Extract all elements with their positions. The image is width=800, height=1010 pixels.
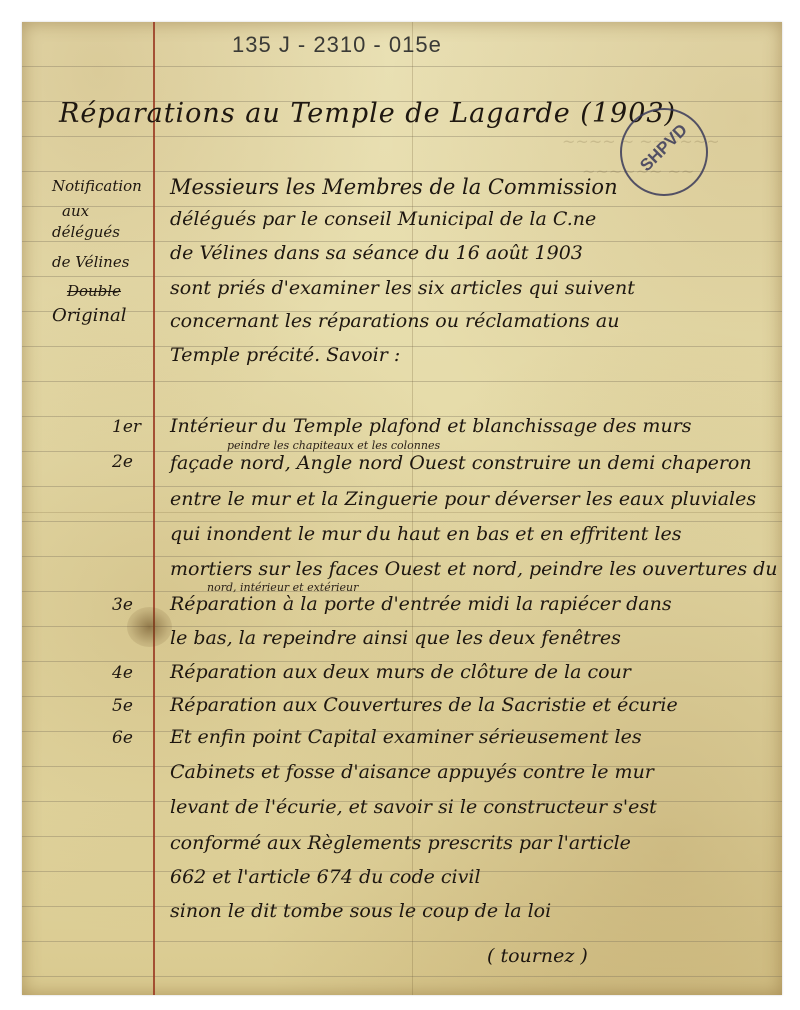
intro-line: Messieurs les Membres de la Commission (170, 177, 618, 198)
article-line: Réparation aux deux murs de clôture de l… (170, 663, 631, 682)
margin-note-struck: Double (67, 284, 121, 299)
article-line: entre le mur et la Zinguerie pour dévers… (170, 490, 756, 509)
article-line: sinon le dit tombe sous le coup de la lo… (170, 902, 551, 921)
article-line: levant de l'écurie, et savoir si le cons… (170, 798, 657, 817)
article-number: 1er (112, 419, 141, 436)
document-title: Réparations au Temple de Lagarde (1903) (59, 100, 676, 127)
interlinear-note: nord, intérieur et extérieur (207, 582, 358, 593)
article-line: façade nord, Angle nord Ouest construire… (170, 454, 752, 473)
intro-line: Temple précité. Savoir : (170, 346, 400, 365)
intro-line: délégués par le conseil Municipal de la … (170, 210, 596, 229)
margin-note: Notification (52, 179, 142, 194)
archive-reference: 135 J - 2310 - 015e (232, 32, 442, 58)
article-number: 2e (112, 454, 133, 471)
intro-line: sont priés d'examiner les six articles q… (170, 279, 635, 298)
article-line: le bas, la repeindre ainsi que les deux … (170, 629, 621, 648)
article-line: Réparation aux Couvertures de la Sacrist… (170, 696, 678, 715)
interlinear-note: peindre les chapiteaux et les colonnes (227, 440, 440, 451)
article-number: 5e (112, 698, 133, 715)
margin-note: Original (52, 307, 126, 325)
article-line: 662 et l'article 674 du code civil (170, 868, 481, 887)
ink-stain (127, 607, 172, 647)
article-line: qui inondent le mur du haut en bas et en… (170, 525, 681, 544)
article-line: Réparation à la porte d'entrée midi la r… (170, 595, 672, 614)
margin-note: aux (62, 204, 89, 219)
margin-note: délégués (52, 225, 120, 240)
article-number: 3e (112, 597, 133, 614)
turn-over-note: ( tournez ) (487, 947, 588, 966)
margin-note: de Vélines (52, 255, 129, 270)
intro-line: concernant les réparations ou réclamatio… (170, 312, 619, 331)
article-line: Cabinets et fosse d'aisance appuyés cont… (170, 763, 654, 782)
article-number: 6e (112, 730, 133, 747)
document-page: ~~~~ ~ ~~~~~~ ~~~~~~ ~~ 135 J - 2310 - 0… (22, 22, 782, 995)
horizontal-fold (22, 512, 782, 513)
article-number: 4e (112, 665, 133, 682)
article-line: mortiers sur les faces Ouest et nord, pe… (170, 560, 778, 579)
article-line: Intérieur du Temple plafond et blanchiss… (170, 417, 692, 436)
shpvd-stamp: SHPVD (620, 108, 708, 196)
red-margin-rule (153, 22, 155, 995)
stamp-label: SHPVD (631, 115, 696, 180)
article-line: Et enfin point Capital examiner sérieuse… (170, 728, 642, 747)
article-line: conformé aux Règlements prescrits par l'… (170, 834, 631, 853)
intro-line: de Vélines dans sa séance du 16 août 190… (170, 244, 583, 263)
